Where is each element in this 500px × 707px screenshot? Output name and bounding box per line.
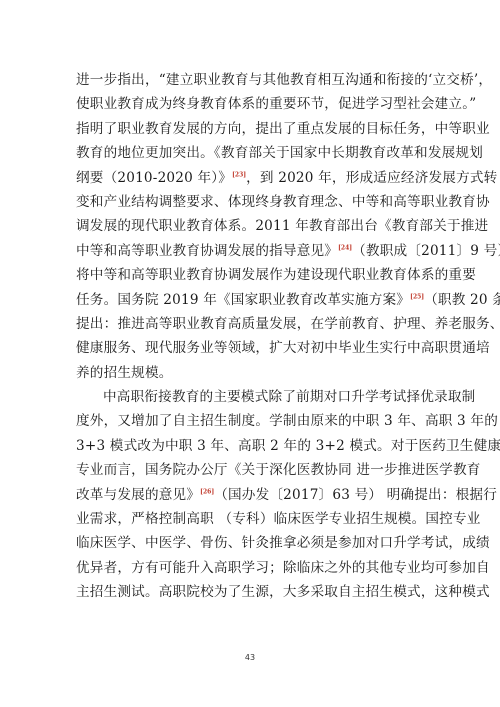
text-line: 主招生测试。高职院校为了生源，大多采取自主招生模式，这种模式 [76,580,432,604]
text-line: 中高职衔接教育的主要模式除了前期对口升学考试择优录取制 [76,385,432,409]
document-page: 进一步指出，“建立职业教育与其他教育相互沟通和衔接的‘立交桥’， 使职业教育成为… [0,0,500,707]
line-text: 优异者，方有可能升入高职学习；除临床之外的其他专业均可参加自 [76,560,490,576]
citation-marker[interactable]: [26] [200,488,214,495]
line-text: 调发展的现代职业教育体系。2011 年教育部出台《教育部关于推进 [76,218,488,234]
citation-marker[interactable]: [24] [338,244,352,251]
line-text: 3+3 模式改为中职 3 年、高职 2 年的 3+2 模式。对于医药卫生健康类 [76,438,500,454]
text-line: 任务。国务院 2019 年《国家职业教育改革实施方案》[25]（职教 20 条） [76,288,432,312]
text-line: 临床医学、中医学、骨伤、针灸推拿必须是参加对口升学考试，成绩 [76,531,432,555]
line-text: 使职业教育成为终身教育体系的重要环节，促进学习型社会建立。” [76,96,476,112]
text-line: 变和产业结构调整要求、体现终身教育理念、中等和高等职业教育协 [76,190,432,214]
text-line: 调发展的现代职业教育体系。2011 年教育部出台《教育部关于推进 [76,214,432,238]
text-line: 教育的地位更加突出。《教育部关于国家中长期教育改革和发展规划 [76,141,432,165]
line-text: （教职成〔2011〕9 号） [352,243,500,259]
line-text: 将中等和高等职业教育协调发展作为建设现代职业教育体系的重要 [76,267,476,283]
line-text: 中高职衔接教育的主要模式除了前期对口升学考试择优录取制 [103,389,475,405]
line-text: （职教 20 条） [424,292,500,308]
text-line: 纲要（2010-2020 年）》[23]，到 2020 年，形成适应经济发展方式… [76,166,432,190]
citation-marker[interactable]: [25] [410,293,424,300]
line-text: 度外，又增加了自主招生制度。学制由原来的中职 3 年、高职 3 年的 [76,413,498,429]
body-text: 进一步指出，“建立职业教育与其他教育相互沟通和衔接的‘立交桥’， 使职业教育成为… [76,68,432,605]
text-line: 健康服务、现代服务业等领域，扩大对初中毕业生实行中高职贯通培 [76,336,432,360]
text-line: 专业而言，国务院办公厅《关于深化医教协同 进一步推进医学教育 [76,458,432,482]
text-line: 进一步指出，“建立职业教育与其他教育相互沟通和衔接的‘立交桥’， [76,68,432,92]
text-line: 中等和高等职业教育协调发展的指导意见》[24]（教职成〔2011〕9 号） [76,239,432,263]
text-line: 优异者，方有可能升入高职学习；除临床之外的其他专业均可参加自 [76,556,432,580]
line-text: 中等和高等职业教育协调发展的指导意见》 [76,243,338,259]
line-text: 纲要（2010-2020 年）》 [76,170,232,186]
line-text: 教育的地位更加突出。《教育部关于国家中长期教育改革和发展规划 [76,145,483,161]
line-text: 养的招生规模。 [76,365,173,381]
line-text: ，到 2020 年，形成适应经济发展方式转 [246,170,497,186]
text-line: 度外，又增加了自主招生制度。学制由原来的中职 3 年、高职 3 年的 [76,409,432,433]
line-text: 专业而言，国务院办公厅《关于深化医教协同 进一步推进医学教育 [76,462,481,478]
line-text: 健康服务、现代服务业等领域，扩大对初中毕业生实行中高职贯通培 [76,340,490,356]
line-text: 变和产业结构调整要求、体现终身教育理念、中等和高等职业教育协 [76,194,490,210]
line-text: （国办发〔2017〕63 号） 明确提出：根据行 [214,487,497,503]
text-line: 指明了职业教育发展的方向，提出了重点发展的目标任务，中等职业 [76,117,432,141]
page-number: 43 [0,653,500,662]
line-text: 改革与发展的意见》 [76,487,200,503]
text-line: 养的招生规模。 [76,361,432,385]
text-line: 3+3 模式改为中职 3 年、高职 2 年的 3+2 模式。对于医药卫生健康类 [76,434,432,458]
text-line: 将中等和高等职业教育协调发展作为建设现代职业教育体系的重要 [76,263,432,287]
text-line: 改革与发展的意见》[26]（国办发〔2017〕63 号） 明确提出：根据行 [76,483,432,507]
line-text: 临床医学、中医学、骨伤、针灸推拿必须是参加对口升学考试，成绩 [76,535,490,551]
line-text: 提出：推进高等职业教育高质量发展，在学前教育、护理、养老服务、 [76,316,500,332]
citation-marker[interactable]: [23] [232,171,246,178]
line-text: 主招生测试。高职院校为了生源，大多采取自主招生模式，这种模式 [76,584,490,600]
line-text: 任务。国务院 2019 年《国家职业教育改革实施方案》 [76,292,410,308]
text-line: 提出：推进高等职业教育高质量发展，在学前教育、护理、养老服务、 [76,312,432,336]
line-text: 进一步指出，“建立职业教育与其他教育相互沟通和衔接的‘立交桥’， [76,72,492,88]
line-text: 业需求，严格控制高职 （专科）临床医学专业招生规模。国控专业 [76,511,481,527]
text-line: 使职业教育成为终身教育体系的重要环节，促进学习型社会建立。” [76,92,432,116]
line-text: 指明了职业教育发展的方向，提出了重点发展的目标任务，中等职业 [76,121,490,137]
text-line: 业需求，严格控制高职 （专科）临床医学专业招生规模。国控专业 [76,507,432,531]
